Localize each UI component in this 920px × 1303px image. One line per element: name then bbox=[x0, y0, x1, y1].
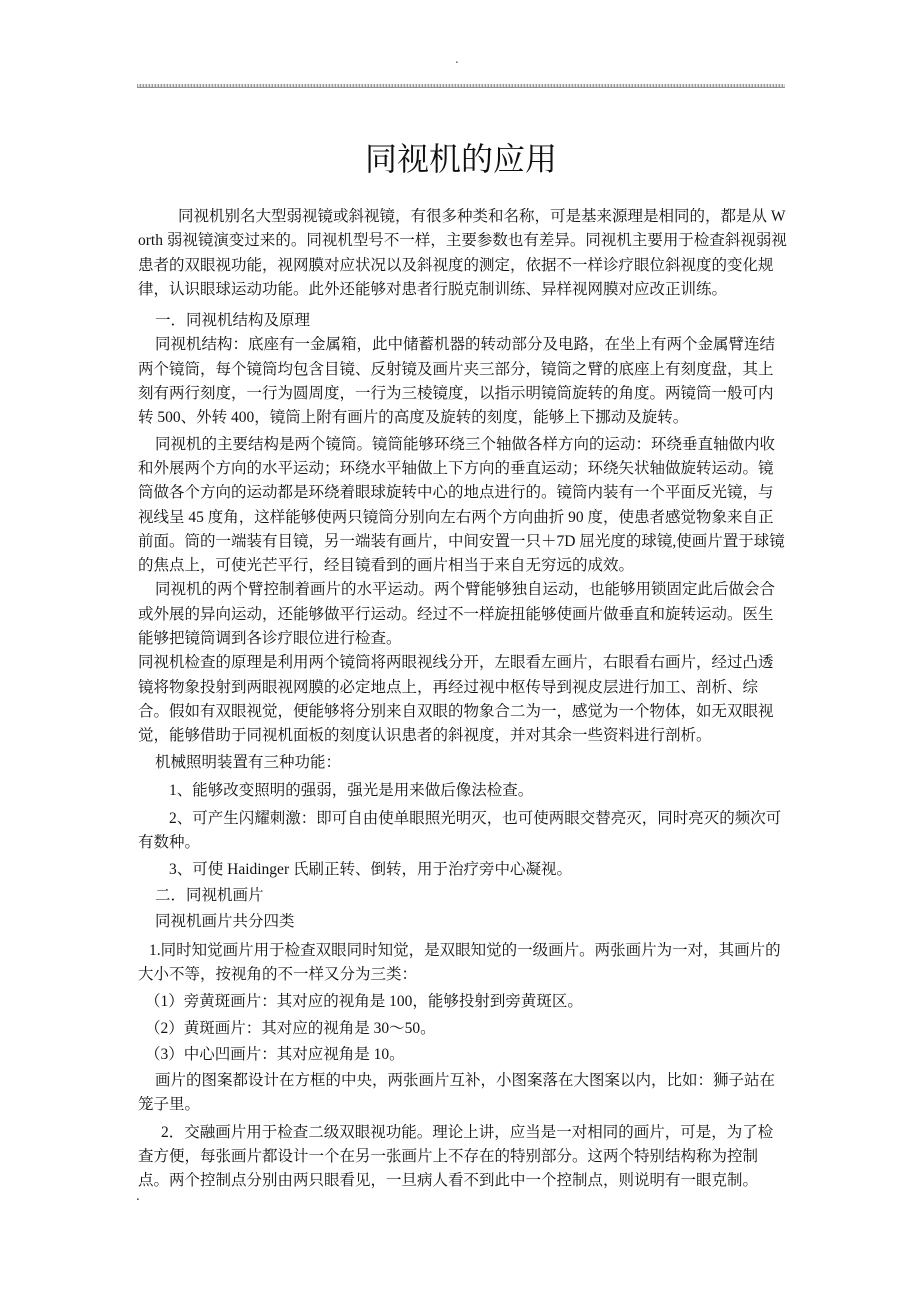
header-rule bbox=[137, 84, 785, 88]
paragraph: 2．交融画片用于检查二级双眼视功能。理论上讲，应当是一对相同的画片，可是，为了检… bbox=[138, 1121, 788, 1194]
footer-stray-dot: . bbox=[136, 1189, 140, 1204]
paragraph: 二．同视机画片 bbox=[138, 884, 788, 908]
paragraph: 画片的图案都设计在方框的中央，两张画片互补，小图案落在大图案以内，比如：狮子站在… bbox=[138, 1069, 788, 1118]
paragraph: 一．同视机结构及原理 bbox=[138, 309, 788, 333]
paragraph: 1、能够改变照明的强弱，强光是用来做后像法检查。 bbox=[138, 779, 788, 803]
paragraph: 3、可使 Haidinger 氏刷正转、倒转，用于治疗旁中心凝视。 bbox=[138, 858, 788, 882]
page-title: 同视机的应用 bbox=[136, 134, 786, 180]
paragraph: 机械照明装置有三种功能： bbox=[138, 751, 788, 775]
paragraph: 同视机检查的原理是利用两个镜筒将两眼视线分开，左眼看左画片，右眼看右画片，经过凸… bbox=[138, 651, 788, 748]
paragraph: 同视机别名大型弱视镜或斜视镜，有很多种类和名称，可是基来源理是相同的，都是从 W… bbox=[138, 205, 788, 302]
document-body: 同视机别名大型弱视镜或斜视镜，有很多种类和名称，可是基来源理是相同的，都是从 W… bbox=[138, 205, 788, 1194]
paragraph: 同视机画片共分四类 bbox=[138, 910, 788, 934]
paragraph: （2）黄斑画片：其对应的视角是 30～50。 bbox=[138, 1017, 788, 1041]
paragraph: 1.同时知觉画片用于检查双眼同时知觉，是双眼知觉的一级画片。两张画片为一对，其画… bbox=[138, 939, 788, 988]
header-stray-dot: . bbox=[455, 52, 459, 67]
paragraph: 同视机的两个臂控制着画片的水平运动。两个臂能够独自运动，也能够用锁固定此后做会合… bbox=[138, 578, 788, 651]
paragraph: （1）旁黄斑画片：其对应的视角是 100，能够投射到旁黄斑区。 bbox=[138, 990, 788, 1014]
document-page: . 同视机的应用 同视机别名大型弱视镜或斜视镜，有很多种类和名称，可是基来源理是… bbox=[0, 0, 920, 1303]
paragraph: （3）中心凹画片：其对应视角是 10。 bbox=[138, 1043, 788, 1067]
paragraph: 2、可产生闪耀刺激：即可自由使单眼照光明灭，也可使两眼交替亮灭，同时亮灭的频次可… bbox=[138, 807, 788, 856]
paragraph: 同视机的主要结构是两个镜筒。镜筒能够环绕三个轴做各样方向的运动：环绕垂直轴做内收… bbox=[138, 433, 788, 579]
paragraph: 同视机结构：底座有一金属箱，此中储蓄机器的转动部分及电路，在坐上有两个金属臂连结… bbox=[138, 333, 788, 430]
